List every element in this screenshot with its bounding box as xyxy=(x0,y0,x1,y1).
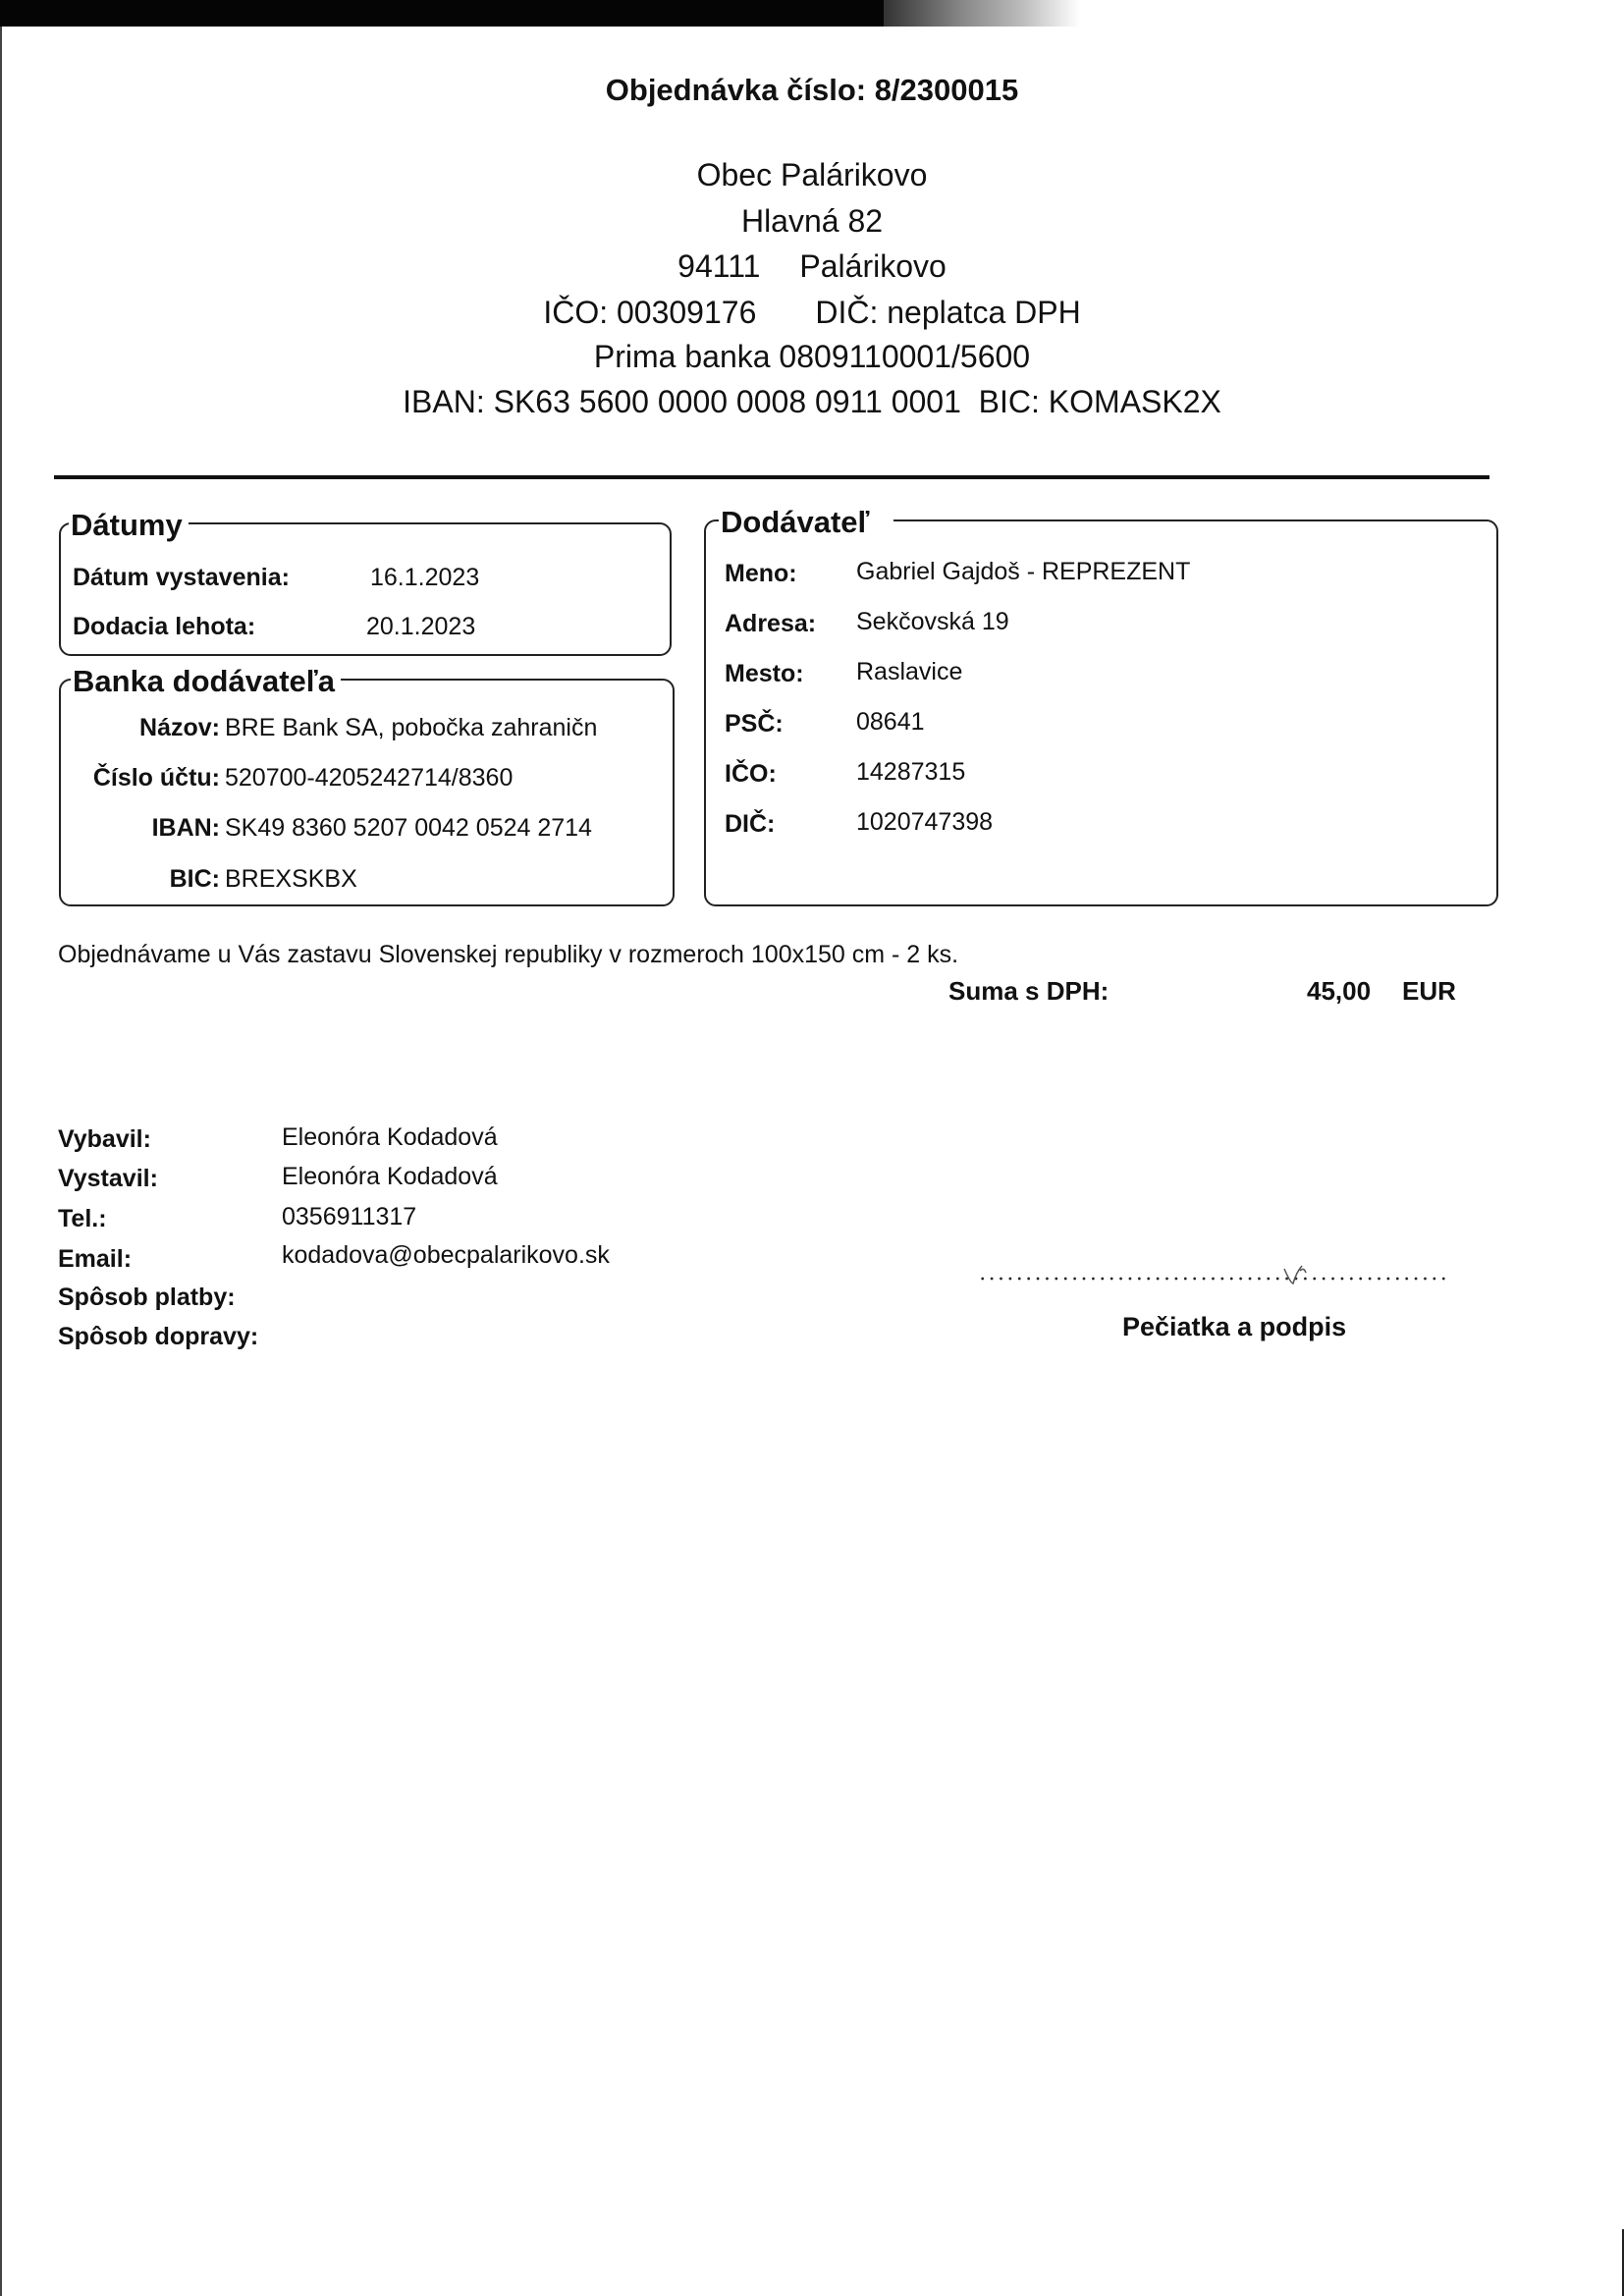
scan-border-top xyxy=(0,0,884,27)
issuer-iban-line: IBAN: SK63 5600 0000 0008 0911 0001 BIC:… xyxy=(0,384,1624,420)
supplier-dic-value: 1020747398 xyxy=(856,808,993,837)
total-currency: EUR xyxy=(1402,976,1456,1007)
payment-method-label: Spôsob platby: xyxy=(58,1284,236,1312)
issuer-iban: SK63 5600 0000 0008 0911 0001 xyxy=(494,384,961,419)
order-text: Objednávame u Vás zastavu Slovenskej rep… xyxy=(58,941,958,969)
issuer-city: Palárikovo xyxy=(799,248,946,284)
issuer-name: Obec Palárikovo xyxy=(0,157,1624,193)
supplier-ico-value: 14287315 xyxy=(856,758,965,787)
supplier-name-value: Gabriel Gajdoš - REPREZENT xyxy=(856,558,1190,586)
total-amount: 45,00 xyxy=(1307,976,1371,1007)
supplier-bank-box xyxy=(59,679,675,906)
delivery-method-label: Spôsob dopravy: xyxy=(58,1323,258,1351)
supplier-ico-label: IČO: xyxy=(725,760,777,789)
issuer-bic-label: BIC: xyxy=(979,384,1040,419)
phone-value: 0356911317 xyxy=(282,1203,416,1231)
bank-name-label: Názov: xyxy=(139,714,220,742)
issued-by-value: Eleonóra Kodadová xyxy=(282,1163,498,1191)
handled-by-value: Eleonóra Kodadová xyxy=(282,1123,498,1152)
email-value: kodadova@obecpalarikovo.sk xyxy=(282,1241,610,1270)
account-number-label: Číslo účtu: xyxy=(93,764,220,793)
issuer-ico: 00309176 xyxy=(617,295,756,330)
dates-legend: Dátumy xyxy=(69,509,189,542)
issuer-bank-line: Prima banka 0809110001/5600 xyxy=(0,339,1624,375)
supplier-name-label: Meno: xyxy=(725,560,797,588)
bank-bic-label: BIC: xyxy=(170,865,220,894)
issuer-tax-line: IČO: 00309176DIČ: neplatca DPH xyxy=(0,295,1624,331)
supplier-city-value: Raslavice xyxy=(856,658,962,686)
supplier-postal-value: 08641 xyxy=(856,708,925,737)
handled-by-label: Vybavil: xyxy=(58,1125,151,1154)
account-number-value: 520700-4205242714/8360 xyxy=(225,764,513,793)
total-label: Suma s DPH: xyxy=(948,976,1109,1007)
delivery-date-value: 20.1.2023 xyxy=(366,613,475,641)
issuer-dic-label: DIČ: xyxy=(815,295,878,330)
email-label: Email: xyxy=(58,1245,132,1274)
delivery-date-label: Dodacia lehota: xyxy=(73,613,255,641)
bank-iban-value: SK49 8360 5207 0042 0524 2714 xyxy=(225,814,592,843)
scan-border-fade xyxy=(884,0,1080,27)
supplier-bank-legend: Banka dodávateľa xyxy=(71,665,341,698)
issue-date-value: 16.1.2023 xyxy=(370,564,479,592)
issuer-dic: neplatca DPH xyxy=(887,295,1080,330)
issuer-postal-code: 94111 xyxy=(677,248,760,284)
issuer-iban-label: IBAN: xyxy=(403,384,485,419)
issued-by-label: Vystavil: xyxy=(58,1165,158,1193)
supplier-postal-label: PSČ: xyxy=(725,710,784,738)
issuer-bic: KOMASK2X xyxy=(1049,384,1221,419)
supplier-dic-label: DIČ: xyxy=(725,810,775,839)
bank-bic-value: BREXSKBX xyxy=(225,865,357,894)
signature-line xyxy=(978,1277,1449,1281)
stamp-signature-label: Pečiatka a podpis xyxy=(1122,1312,1346,1342)
supplier-legend: Dodávateľ xyxy=(719,506,893,539)
issue-date-label: Dátum vystavenia: xyxy=(73,564,290,592)
signature-mark-icon xyxy=(1282,1263,1312,1286)
supplier-city-label: Mesto: xyxy=(725,660,804,688)
issuer-ico-label: IČO: xyxy=(543,295,608,330)
bank-iban-label: IBAN: xyxy=(152,814,220,843)
issuer-city-line: 94111Palárikovo xyxy=(0,248,1624,285)
supplier-address-value: Sekčovská 19 xyxy=(856,608,1009,636)
document-title: Objednávka číslo: 8/2300015 xyxy=(0,73,1624,108)
supplier-address-label: Adresa: xyxy=(725,610,816,638)
bank-name-value: BRE Bank SA, pobočka zahraničn xyxy=(225,714,597,742)
issuer-street: Hlavná 82 xyxy=(0,203,1624,240)
header-divider xyxy=(54,475,1489,479)
phone-label: Tel.: xyxy=(58,1205,107,1233)
